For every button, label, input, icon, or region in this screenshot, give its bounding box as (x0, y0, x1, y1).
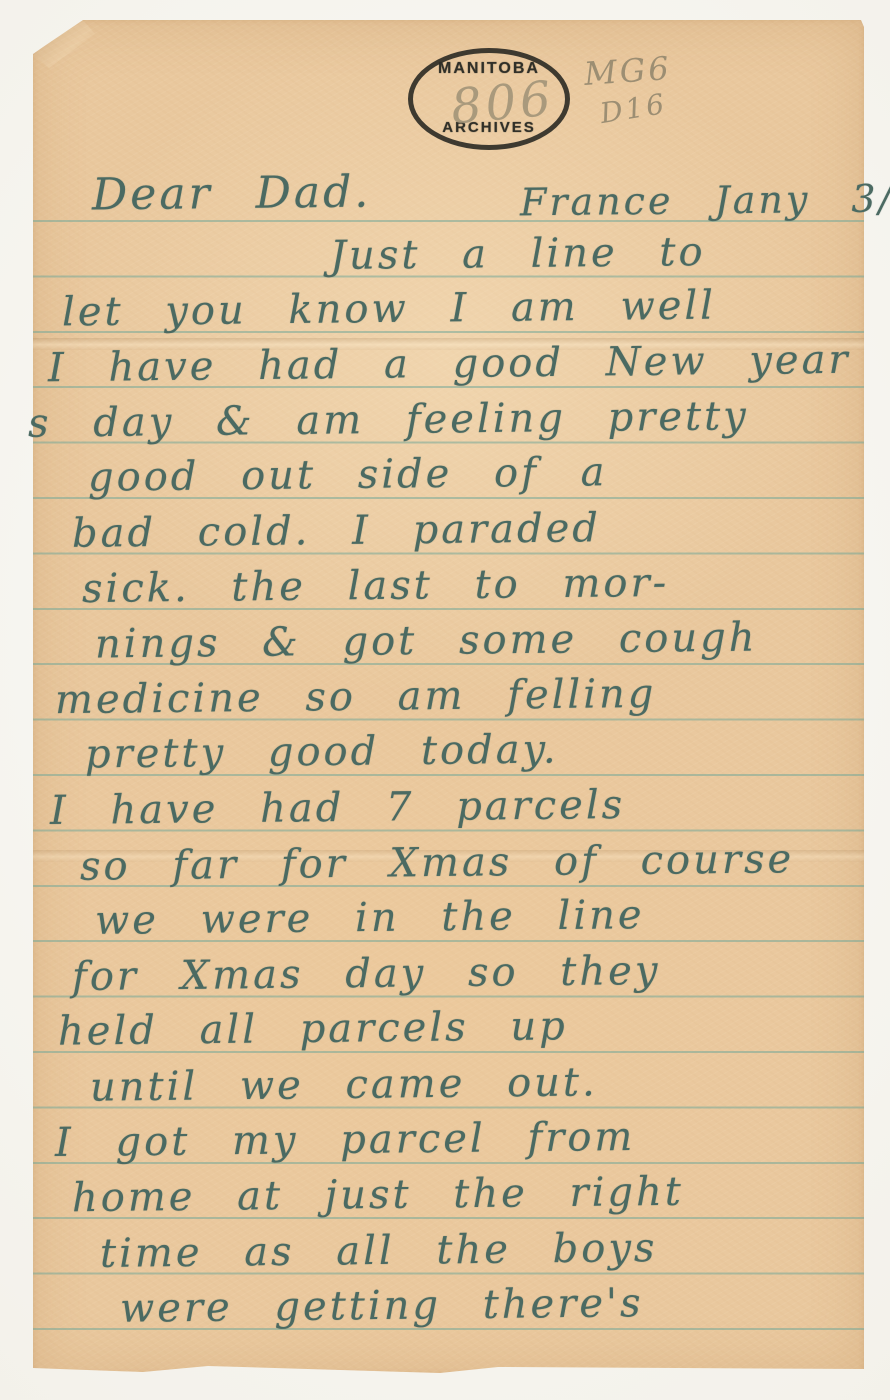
letter-line: held all parcels up (58, 1003, 568, 1054)
letter-line: medicine so am felling (55, 671, 657, 723)
letter-line: time as all the boys (100, 1225, 658, 1277)
letter-line: nings & got some cough (95, 615, 758, 668)
stamp-number-pencil: 806 (449, 71, 557, 136)
letter-scan: MANITOBA ARCHIVES 806 MG6 D16 Dear Dad. … (0, 0, 890, 1400)
letter-line: we were in the line (95, 892, 645, 944)
letter-line: home at just the right (72, 1169, 684, 1221)
letter-line: so far for Xmas of course (80, 836, 795, 889)
letter-line: let you know I am well (62, 283, 716, 336)
letter-line: I have had 7 parcels (50, 782, 626, 834)
letter-line: for Xmas day so they (72, 948, 661, 1000)
letter-line: were getting there's (120, 1280, 644, 1331)
letter-line: good out side of a (88, 449, 608, 500)
letter-line: s day & am feeling pretty (28, 393, 749, 447)
letter-line: Just a line to (330, 229, 706, 279)
letter-line: I got my parcel from (55, 1114, 636, 1166)
letter-line: sick. the last to mor- (82, 560, 670, 612)
letter-line: pretty good today. (85, 727, 559, 778)
letter-line: I have had a good New year (48, 337, 851, 391)
letter-line: until we came out. (90, 1059, 598, 1110)
pencil-code-mg6: MG6 (583, 49, 673, 93)
manitoba-archives-stamp: MANITOBA ARCHIVES 806 (408, 48, 570, 150)
dateline: France Jany 3/17. (520, 176, 890, 225)
salutation: Dear Dad. (92, 167, 372, 221)
folded-corner (33, 20, 95, 68)
letter-line: bad cold. I paraded (72, 505, 601, 557)
